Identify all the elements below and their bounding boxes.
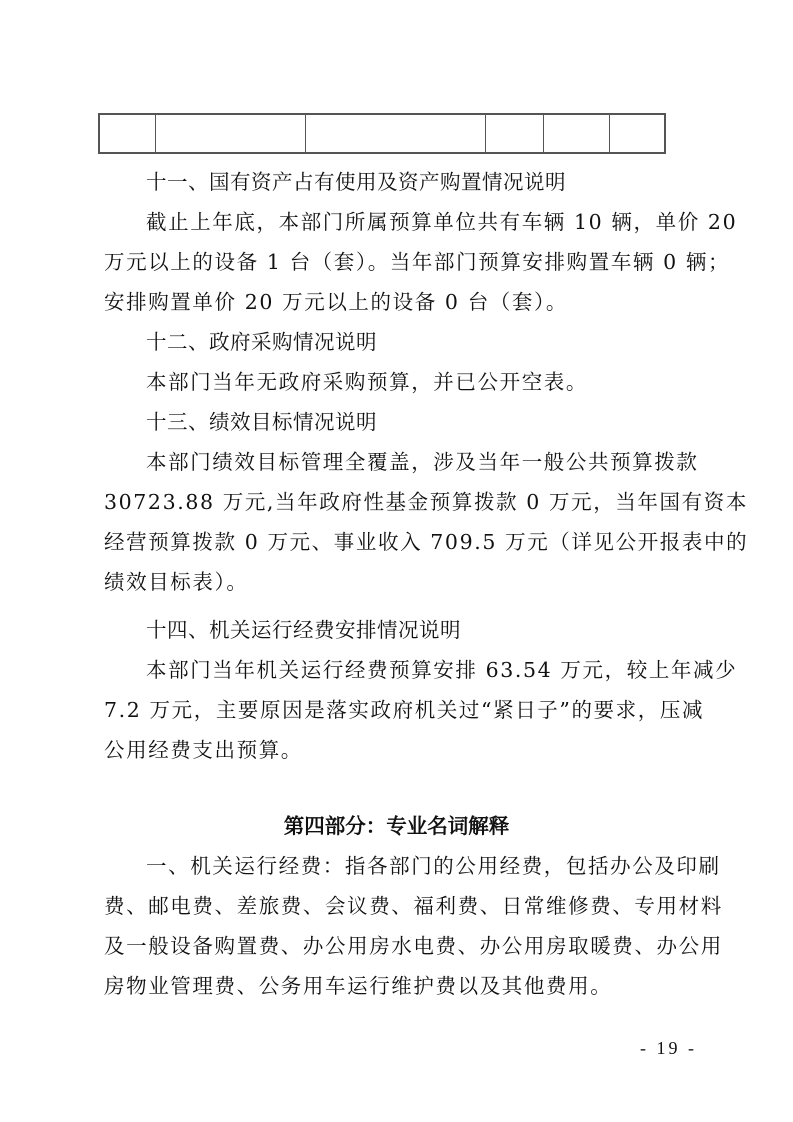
paragraph-line: 经营预算拨款 0 万元、事业收入 709.5 万元（详见公开报表中的 xyxy=(104,528,704,556)
paragraph-line: 7.2 万元，主要原因是落实政府机关过“紧日子”的要求，压减 xyxy=(104,696,704,724)
section-heading-12: 十二、政府采购情况说明 xyxy=(146,328,746,356)
table-cell xyxy=(544,115,610,152)
part-title: 第四部分：专业名词解释 xyxy=(0,812,793,840)
paragraph-line: 30723.88 万元,当年政府性基金预算拨款 0 万元，当年国有资本 xyxy=(104,488,704,516)
paragraph-line: 本部门当年无政府采购预算，并已公开空表。 xyxy=(146,368,746,396)
table-cell xyxy=(156,115,306,152)
paragraph-line: 本部门当年机关运行经费预算安排 63.54 万元，较上年减少 xyxy=(146,656,746,684)
section-heading-11: 十一、国有资产占有使用及资产购置情况说明 xyxy=(146,168,746,196)
table-cell xyxy=(486,115,544,152)
table-cell xyxy=(100,115,156,152)
section-heading-13: 十三、绩效目标情况说明 xyxy=(146,408,746,436)
section-heading-14: 十四、机关运行经费安排情况说明 xyxy=(146,616,746,644)
paragraph-line: 公用经费支出预算。 xyxy=(104,736,704,764)
paragraph-line: 房物业管理费、公务用车运行维护费以及其他费用。 xyxy=(104,972,704,1000)
table-cell xyxy=(306,115,486,152)
paragraph-line: 万元以上的设备 1 台（套）。当年部门预算安排购置车辆 0 辆； xyxy=(104,248,704,276)
paragraph-line: 一、机关运行经费：指各部门的公用经费，包括办公及印刷 xyxy=(146,852,746,880)
table-cell xyxy=(610,115,664,152)
paragraph-line: 及一般设备购置费、办公用房水电费、办公用房取暖费、办公用 xyxy=(104,932,704,960)
paragraph-line: 截止上年底，本部门所属预算单位共有车辆 10 辆，单价 20 xyxy=(146,208,746,236)
page-number: - 19 - xyxy=(640,1038,697,1059)
paragraph-line: 安排购置单价 20 万元以上的设备 0 台（套）。 xyxy=(104,288,704,316)
paragraph-line: 本部门绩效目标管理全覆盖，涉及当年一般公共预算拨款 xyxy=(146,448,746,476)
paragraph-line: 绩效目标表）。 xyxy=(104,568,704,596)
table-fragment xyxy=(98,113,666,154)
paragraph-line: 费、邮电费、差旅费、会议费、福利费、日常维修费、专用材料 xyxy=(104,892,704,920)
